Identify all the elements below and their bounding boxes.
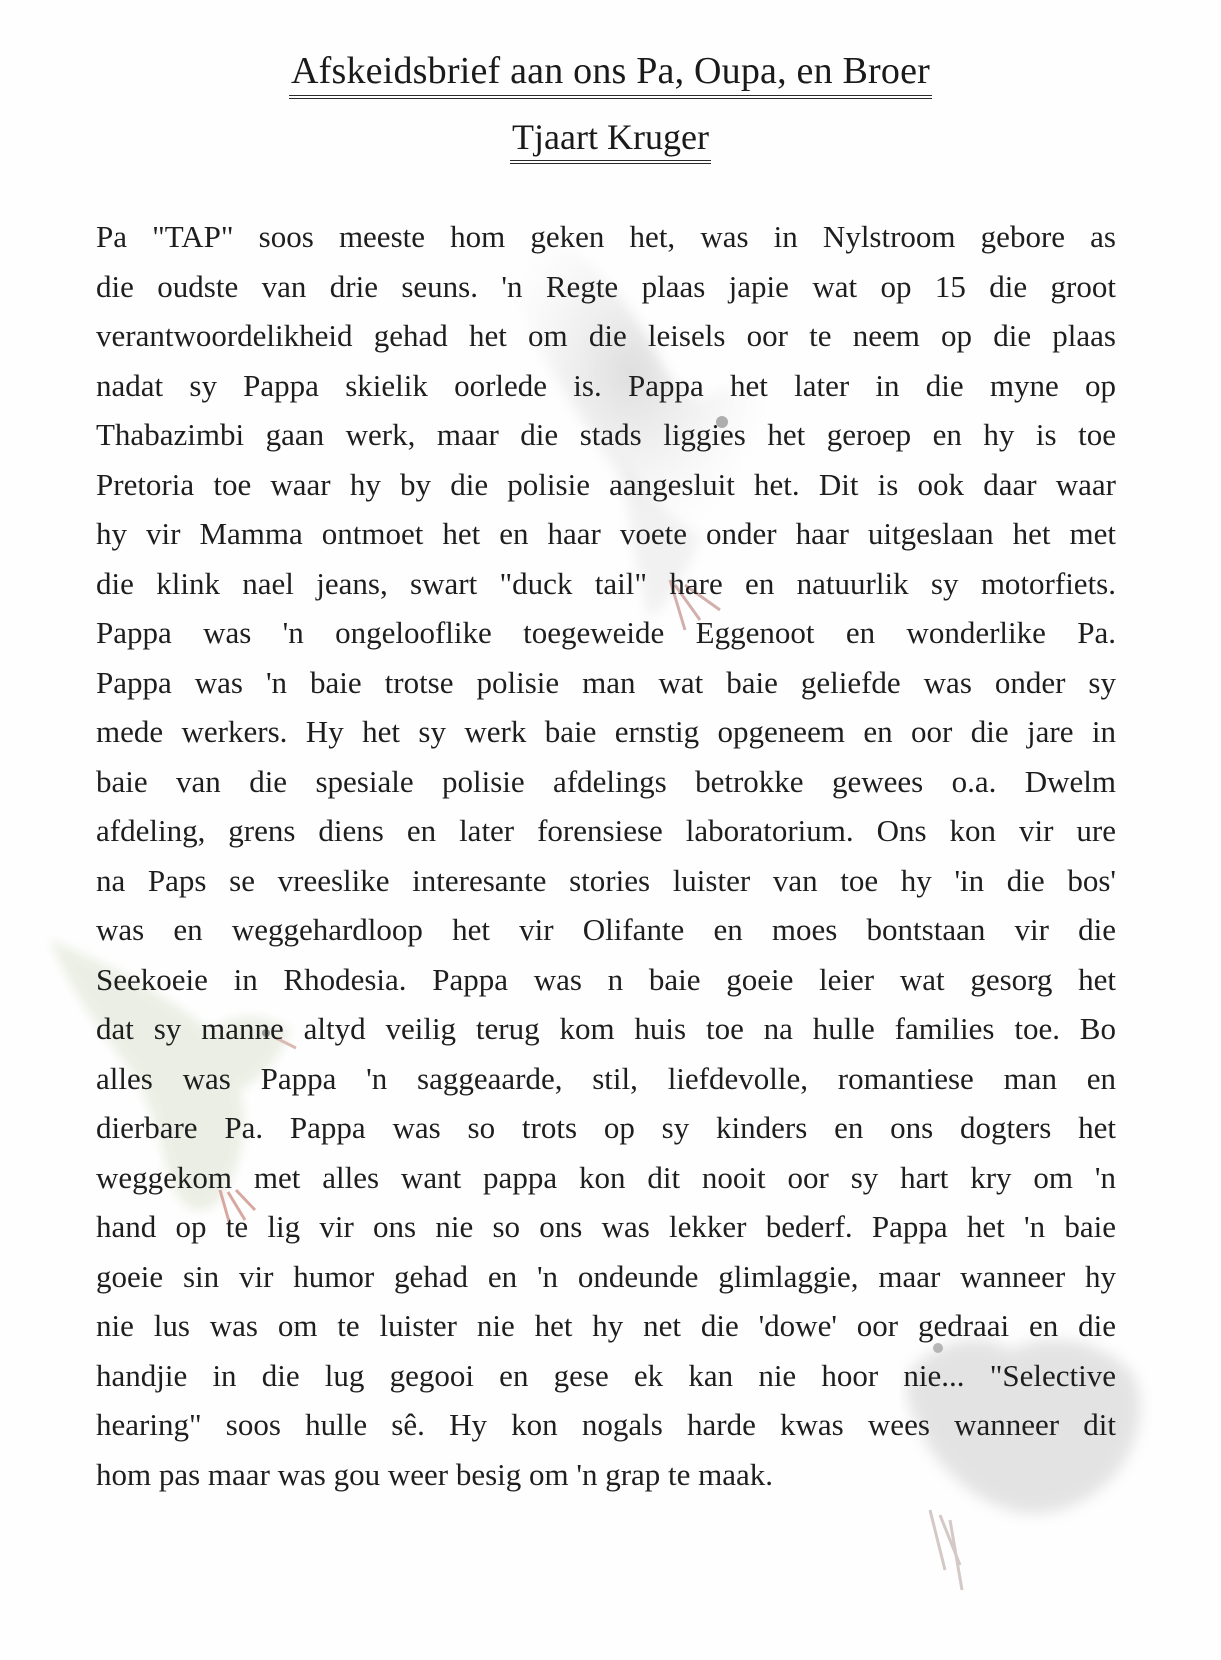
- text-line: baie van die spesiale polisie afdelings …: [96, 757, 1116, 807]
- text-line: dat sy manne altyd veilig terug kom huis…: [96, 1004, 1116, 1054]
- text-line: nie lus was om te luister nie het hy net…: [96, 1301, 1116, 1351]
- text-line: na Paps se vreeslike interesante stories…: [96, 856, 1116, 906]
- text-line: hy vir Mamma ontmoet het en haar voete o…: [96, 509, 1116, 559]
- text-line: weggekom met alles want pappa kon dit no…: [96, 1153, 1116, 1203]
- author-name: Tjaart Kruger: [510, 119, 711, 164]
- text-line: Pappa was 'n baie trotse polisie man wat…: [96, 658, 1116, 708]
- text-line: Thabazimbi gaan werk, maar die stads lig…: [96, 410, 1116, 460]
- text-line: mede werkers. Hy het sy werk baie ernsti…: [96, 707, 1116, 757]
- text-line: Seekoeie in Rhodesia. Pappa was n baie g…: [96, 955, 1116, 1005]
- text-line: dierbare Pa. Pappa was so trots op sy ki…: [96, 1103, 1116, 1153]
- text-line: Pretoria toe waar hy by die polisie aang…: [96, 460, 1116, 510]
- text-line: alles was Pappa 'n saggeaarde, stil, lie…: [96, 1054, 1116, 1104]
- text-line: goeie sin vir humor gehad en 'n ondeunde…: [96, 1252, 1116, 1302]
- letter-header: Afskeidsbrief aan ons Pa, Oupa, en Broer…: [0, 52, 1221, 164]
- text-line: Pappa was 'n ongelooflike toegeweide Egg…: [96, 608, 1116, 658]
- text-line: Pa "TAP" soos meeste hom geken het, was …: [96, 212, 1116, 262]
- text-line: die oudste van drie seuns. 'n Regte plaa…: [96, 262, 1116, 312]
- text-line: hand op te lig vir ons nie so ons was le…: [96, 1202, 1116, 1252]
- letter-body: Pa "TAP" soos meeste hom geken het, was …: [96, 212, 1116, 1499]
- text-line: hearing" soos hulle sê. Hy kon nogals ha…: [96, 1400, 1116, 1450]
- text-line: afdeling, grens diens en later forensies…: [96, 806, 1116, 856]
- letter-title: Afskeidsbrief aan ons Pa, Oupa, en Broer: [289, 52, 932, 99]
- text-line: was en weggehardloop het vir Olifante en…: [96, 905, 1116, 955]
- text-line: nadat sy Pappa skielik oorlede is. Pappa…: [96, 361, 1116, 411]
- text-line: die klink nael jeans, swart "duck tail" …: [96, 559, 1116, 609]
- text-line: hom pas maar was gou weer besig om 'n gr…: [96, 1450, 1116, 1500]
- text-line: handjie in die lug gegooi en gese ek kan…: [96, 1351, 1116, 1401]
- text-line: verantwoordelikheid gehad het om die lei…: [96, 311, 1116, 361]
- document-page: Afskeidsbrief aan ons Pa, Oupa, en Broer…: [0, 0, 1221, 1660]
